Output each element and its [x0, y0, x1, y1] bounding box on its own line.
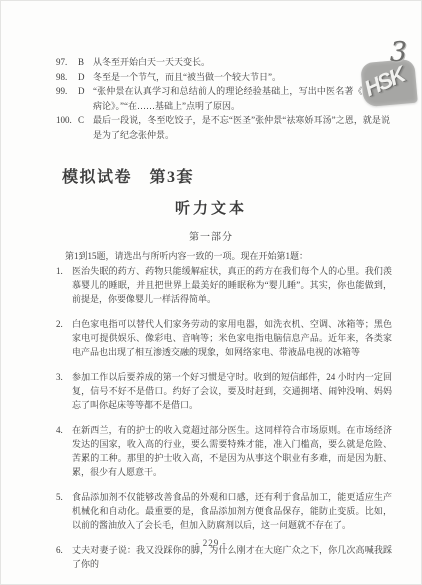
hsk-level-badge: 3 HSK — [359, 49, 419, 109]
answer-letter: C — [78, 113, 93, 142]
passage-text: 参加工作以后要养成的第一个好习惯是守时。收到的短信邮件，24 小时内一定回复，信… — [72, 370, 392, 412]
passage-number: 2. — [56, 317, 72, 359]
page-number: - 229 - — [1, 538, 421, 548]
document-page: 97. B 从冬至开始白天一天天变长。 98. D 冬至是一个节气，而且“被当做… — [0, 0, 422, 585]
hsk-level-number: 3 — [390, 37, 407, 68]
answer-number: 97. — [56, 55, 78, 70]
passage-item: 3. 参加工作以后要养成的第一个好习惯是守时。收到的短信邮件，24 小时内一定回… — [56, 370, 392, 412]
passage-text: 白色家电指可以替代人们家务劳动的家用电器，如洗衣机、空调、冰箱等；黑色家电可提供… — [72, 317, 392, 359]
intro-text: 第1到15题，请选出与所听内容一致的一项。现在开始第1题： — [56, 249, 390, 263]
passage-item: 2. 白色家电指可以替代人们家务劳动的家用电器，如洗衣机、空调、冰箱等；黑色家电… — [56, 317, 392, 359]
passage-text: 医治失眠的药方、药物只能缓解症状，真正的药方在我们每个人的心里。我们羡慕婴儿的睡… — [72, 264, 392, 306]
answer-key-item: 99. D “张仲景在认真学习和总结前人的理论经验基础上，写出中医名著《伤寒杂病… — [56, 84, 390, 113]
answer-text: 冬至是一个节气，而且“被当做一个较大节日”。 — [93, 70, 390, 85]
chapter-title: 模拟试卷 第3套 — [62, 164, 194, 187]
answer-letter: D — [78, 84, 93, 113]
answer-key-block: 97. B 从冬至开始白天一天天变长。 98. D 冬至是一个节气，而且“被当做… — [56, 55, 390, 142]
passage-item: 1. 医治失眠的药方、药物只能缓解症状，真正的药方在我们每个人的心里。我们羡慕婴… — [56, 264, 392, 306]
answer-number: 99. — [56, 84, 78, 113]
answer-key-item: 100. C 最后一段说，冬至吃饺子，是不忘“医圣”张仲景“祛寒娇耳汤”之恩，就… — [56, 113, 390, 142]
passage-item: 4. 在新西兰，有的护士的收入竟超过部分医生。这同样符合市场原则。在市场经济发达… — [56, 423, 392, 479]
passage-item: 5. 食品添加剂不仅能够改善食品的外观和口感，还有利于食品加工，能更适应生产机械… — [56, 490, 392, 532]
passage-text: 在新西兰，有的护士的收入竟超过部分医生。这同样符合市场原则。在市场经济发达的国家… — [72, 423, 392, 479]
answer-letter: D — [78, 70, 93, 85]
answer-text: “张仲景在认真学习和总结前人的理论经验基础上，写出中医名著《伤寒杂病论》。”“在… — [93, 84, 390, 113]
answer-letter: B — [78, 55, 93, 70]
passage-text: 食品添加剂不仅能够改善食品的外观和口感，还有利于食品加工，能更适应生产机械化和自… — [72, 490, 392, 532]
passage-number: 4. — [56, 423, 72, 479]
answer-text: 从冬至开始白天一天天变长。 — [93, 55, 390, 70]
answer-key-item: 98. D 冬至是一个节气，而且“被当做一个较大节日”。 — [56, 70, 390, 85]
answer-number: 100. — [56, 113, 78, 142]
passage-number: 3. — [56, 370, 72, 412]
passage-number: 1. — [56, 264, 72, 306]
answer-key-item: 97. B 从冬至开始白天一天天变长。 — [56, 55, 390, 70]
listening-script-title: 听力文本 — [1, 197, 421, 218]
passages-list: 1. 医治失眠的药方、药物只能缓解症状，真正的药方在我们每个人的心里。我们羡慕婴… — [56, 264, 392, 582]
passage-number: 5. — [56, 490, 72, 532]
answer-number: 98. — [56, 70, 78, 85]
part-title: 第一部分 — [1, 228, 421, 243]
answer-text: 最后一段说，冬至吃饺子，是不忘“医圣”张仲景“祛寒娇耳汤”之恩，就是说是为了纪念… — [93, 113, 390, 142]
